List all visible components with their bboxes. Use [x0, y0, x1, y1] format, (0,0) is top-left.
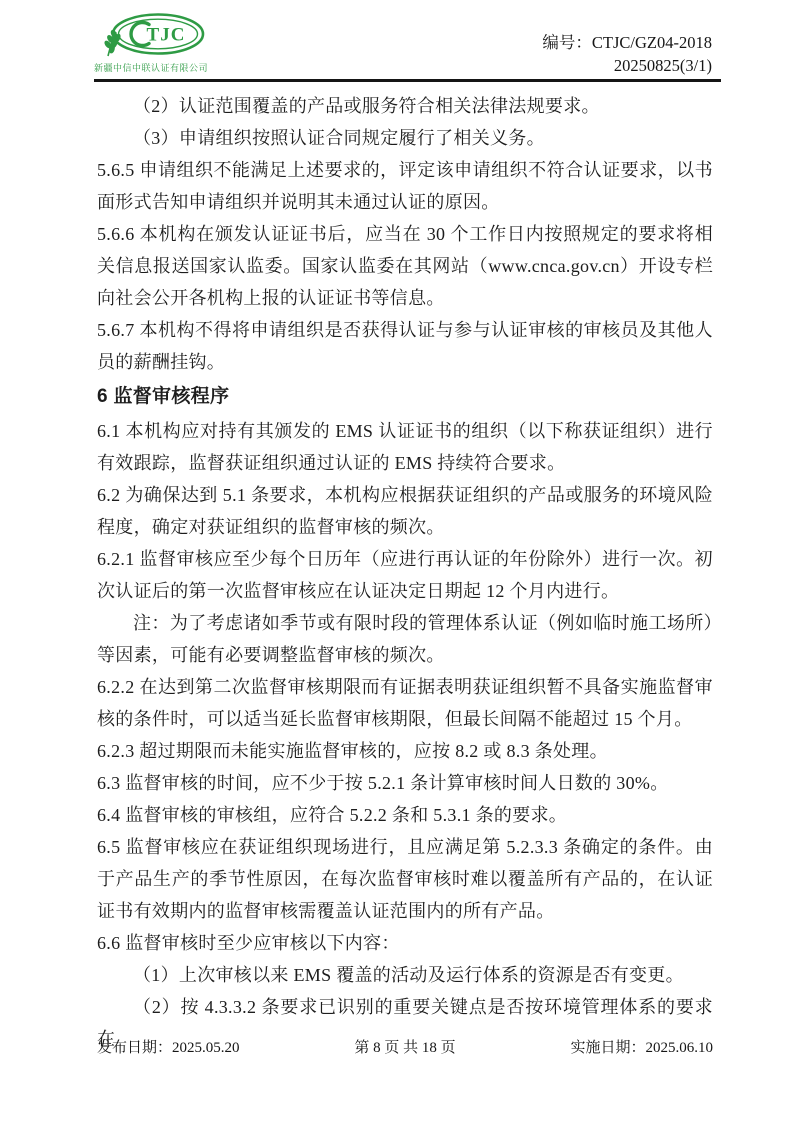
page-indicator: 第 8 页 共 18 页 [354, 1036, 455, 1057]
paragraph: 6.3 监督审核的时间，应不少于按 5.2.1 条计算审核时间人日数的 30%。 [97, 767, 713, 799]
paragraph: 6.2.2 在达到第二次监督审核期限而有证据表明获证组织暂不具备实施监督审核的条… [97, 671, 713, 735]
paragraph: 6.1 本机构应对持有其颁发的 EMS 认证证书的组织（以下称获证组织）进行有效… [97, 415, 713, 479]
paragraph: 5.6.6 本机构在颁发认证证书后，应当在 30 个工作日内按照规定的要求将相关… [97, 218, 713, 314]
release-date-value: 2025.05.20 [172, 1040, 240, 1056]
paragraph: 6.2.3 超过期限而未能实施监督审核的，应按 8.2 或 8.3 条处理。 [97, 735, 713, 767]
implement-date: 实施日期：2025.06.10 [570, 1036, 713, 1057]
logo-letters: TJC [147, 25, 186, 46]
paragraph: 6.4 监督审核的审核组，应符合 5.2.2 条和 5.3.1 条的要求。 [97, 799, 713, 831]
paragraph: （1）上次审核以来 EMS 覆盖的活动及运行体系的资源是否有变更。 [97, 959, 713, 991]
header-divider [94, 79, 721, 82]
document-number-label: 编号： [542, 33, 592, 52]
ctjc-logo-icon: TJC [94, 12, 206, 60]
company-name: 新疆中信中联认证有限公司 [94, 61, 224, 74]
release-date-label: 发布日期： [97, 1040, 172, 1056]
document-page: TJC 新疆中信中联认证有限公司 编号：CTJC/GZ04-2018 20250… [0, 0, 800, 1130]
paragraph: 6.6 监督审核时至少应审核以下内容： [97, 927, 713, 959]
release-date: 发布日期：2025.05.20 [97, 1036, 240, 1057]
paragraph: （2）认证范围覆盖的产品或服务符合相关法律法规要求。 [97, 90, 713, 122]
document-number: CTJC/GZ04-2018 [592, 33, 712, 52]
paragraph: （3）申请组织按照认证合同规定履行了相关义务。 [97, 122, 713, 154]
paragraph: 6.5 监督审核应在获证组织现场进行，且应满足第 5.2.3.3 条确定的条件。… [97, 831, 713, 927]
page-footer: 发布日期：2025.05.20 第 8 页 共 18 页 实施日期：2025.0… [97, 1036, 713, 1057]
company-logo: TJC 新疆中信中联认证有限公司 [94, 12, 224, 74]
paragraph: 注：为了考虑诸如季节或有限时段的管理体系认证（例如临时施工场所）等因素，可能有必… [97, 607, 713, 671]
section-heading: 6 监督审核程序 [97, 378, 713, 415]
document-number-line: 编号：CTJC/GZ04-2018 [542, 31, 712, 54]
paragraph: 6.2 为确保达到 5.1 条要求，本机构应根据获证组织的产品或服务的环境风险程… [97, 479, 713, 543]
paragraph: 5.6.5 申请组织不能满足上述要求的，评定该申请组织不符合认证要求，以书面形式… [97, 154, 713, 218]
document-revision: 20250825(3/1) [542, 54, 712, 77]
paragraph: 6.2.1 监督审核应至少每个日历年（应进行再认证的年份除外）进行一次。初次认证… [97, 543, 713, 607]
document-codes: 编号：CTJC/GZ04-2018 20250825(3/1) [542, 31, 712, 77]
implement-date-label: 实施日期： [570, 1040, 645, 1056]
document-body: （2）认证范围覆盖的产品或服务符合相关法律法规要求。（3）申请组织按照认证合同规… [97, 90, 713, 1055]
implement-date-value: 2025.06.10 [645, 1040, 713, 1056]
paragraph: 5.6.7 本机构不得将申请组织是否获得认证与参与认证审核的审核员及其他人员的薪… [97, 314, 713, 378]
